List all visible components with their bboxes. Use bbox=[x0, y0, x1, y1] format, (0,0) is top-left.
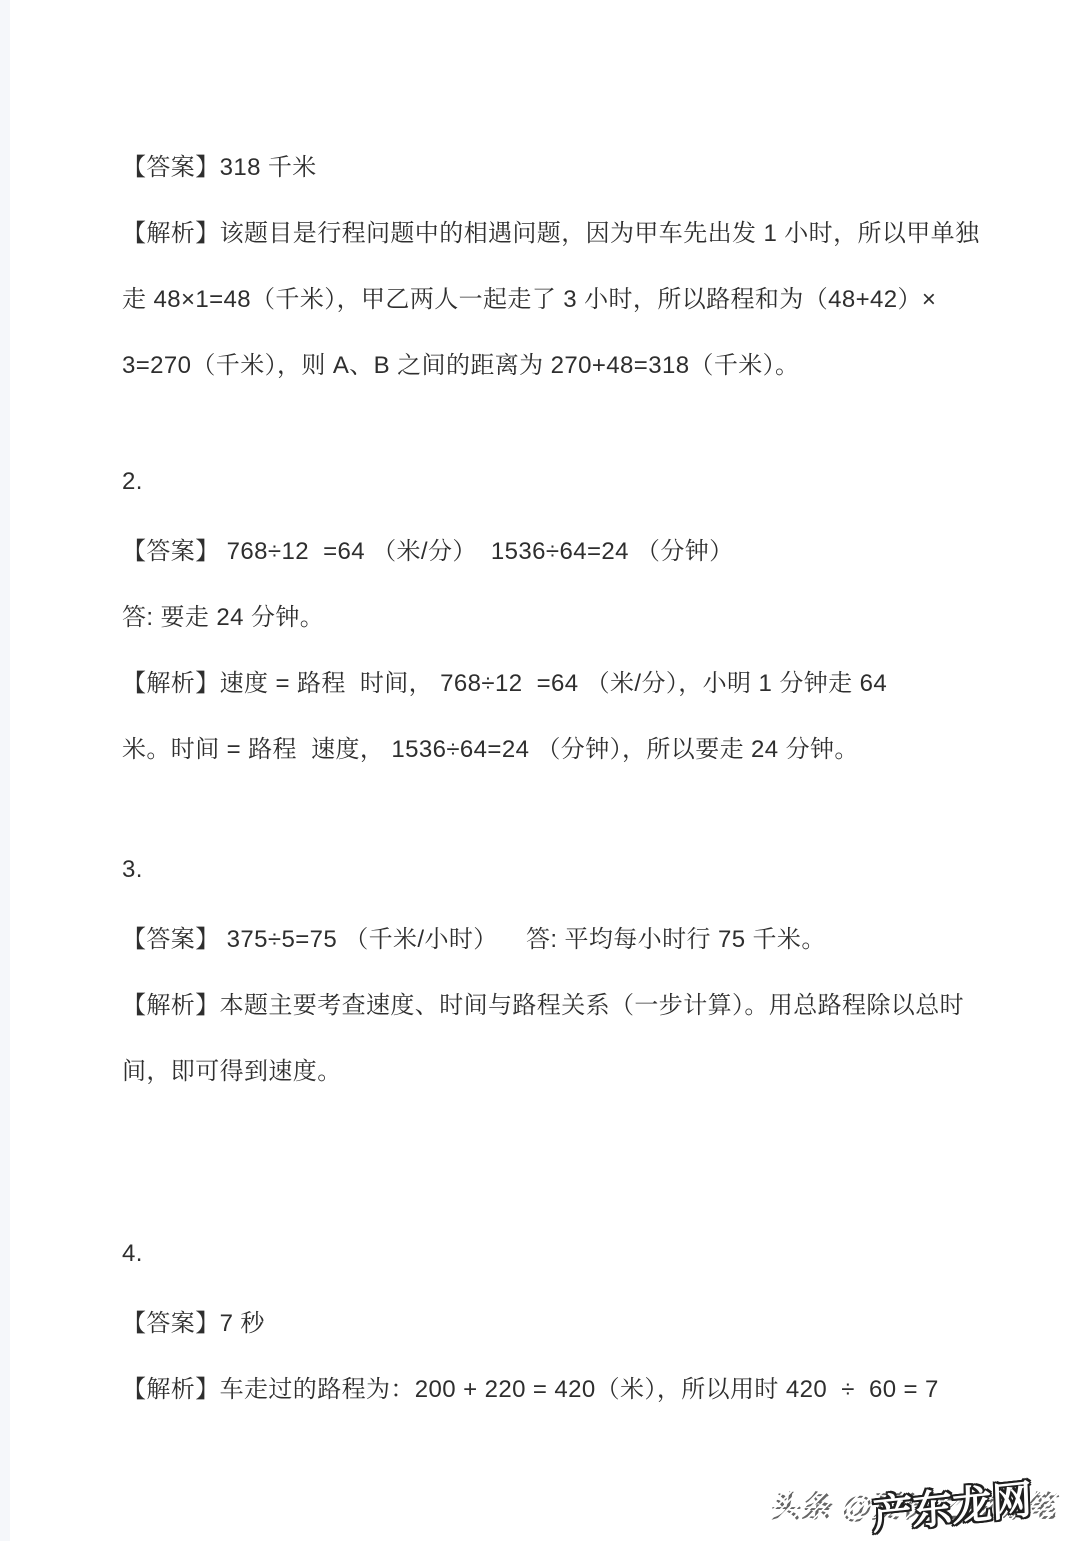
answer-section-2: 2. 【答案】 768÷12 =64 （米/分） 1536÷64=24 （分钟）… bbox=[122, 449, 1022, 779]
analysis-line: 【解析】该题目是行程问题中的相遇问题，因为甲车先出发 1 小时，所以甲单独 bbox=[122, 197, 1022, 263]
answer-line: 【答案】7 秒 bbox=[122, 1287, 1022, 1353]
analysis-line: 【解析】车走过的路程为：200 + 220 = 420（米），所以用时 420 … bbox=[122, 1353, 1022, 1419]
answer-line: 【答案】318 千米 bbox=[122, 131, 1022, 197]
section-number: 2. bbox=[122, 449, 1022, 515]
answer-section-1: 【答案】318 千米 【解析】该题目是行程问题中的相遇问题，因为甲车先出发 1 … bbox=[122, 131, 1022, 395]
watermark-outline-text: 产东龙网 bbox=[871, 1468, 1032, 1541]
answer-section-4: 4. 【答案】7 秒 【解析】车走过的路程为：200 + 220 = 420（米… bbox=[122, 1221, 1022, 1419]
analysis-line: 走 48×1=48（千米），甲乙两人一起走了 3 小时，所以路程和为（48+42… bbox=[122, 263, 1022, 329]
answer-section-3: 3. 【答案】 375÷5=75 （千米/小时） 答: 平均每小时行 75 千米… bbox=[122, 837, 1022, 1101]
analysis-line: 【解析】速度 = 路程 时间， 768÷12 =64 （米/分），小明 1 分钟… bbox=[122, 647, 1022, 713]
page-left-edge bbox=[0, 0, 10, 1541]
analysis-line: 间，即可得到速度。 bbox=[122, 1035, 1022, 1101]
analysis-line: 3=270（千米），则 A、B 之间的距离为 270+48=318（千米）。 bbox=[122, 329, 1022, 395]
section-number: 4. bbox=[122, 1221, 1022, 1287]
answer-line: 【答案】 375÷5=75 （千米/小时） 答: 平均每小时行 75 千米。 bbox=[122, 903, 1022, 969]
section-number: 3. bbox=[122, 837, 1022, 903]
watermark: 头条 @夏沫之凉凉笔 产东龙网 bbox=[772, 1468, 1080, 1540]
analysis-line: 【解析】本题主要考查速度、时间与路程关系（一步计算）。用总路程除以总时 bbox=[122, 969, 1022, 1035]
analysis-line: 米。时间 = 路程 速度， 1536÷64=24 （分钟），所以要走 24 分钟… bbox=[122, 713, 1022, 779]
answer-line: 【答案】 768÷12 =64 （米/分） 1536÷64=24 （分钟） bbox=[122, 515, 1022, 581]
answer-sheet: 【答案】318 千米 【解析】该题目是行程问题中的相遇问题，因为甲车先出发 1 … bbox=[122, 131, 1022, 1419]
reply-line: 答: 要走 24 分钟。 bbox=[122, 581, 1022, 647]
